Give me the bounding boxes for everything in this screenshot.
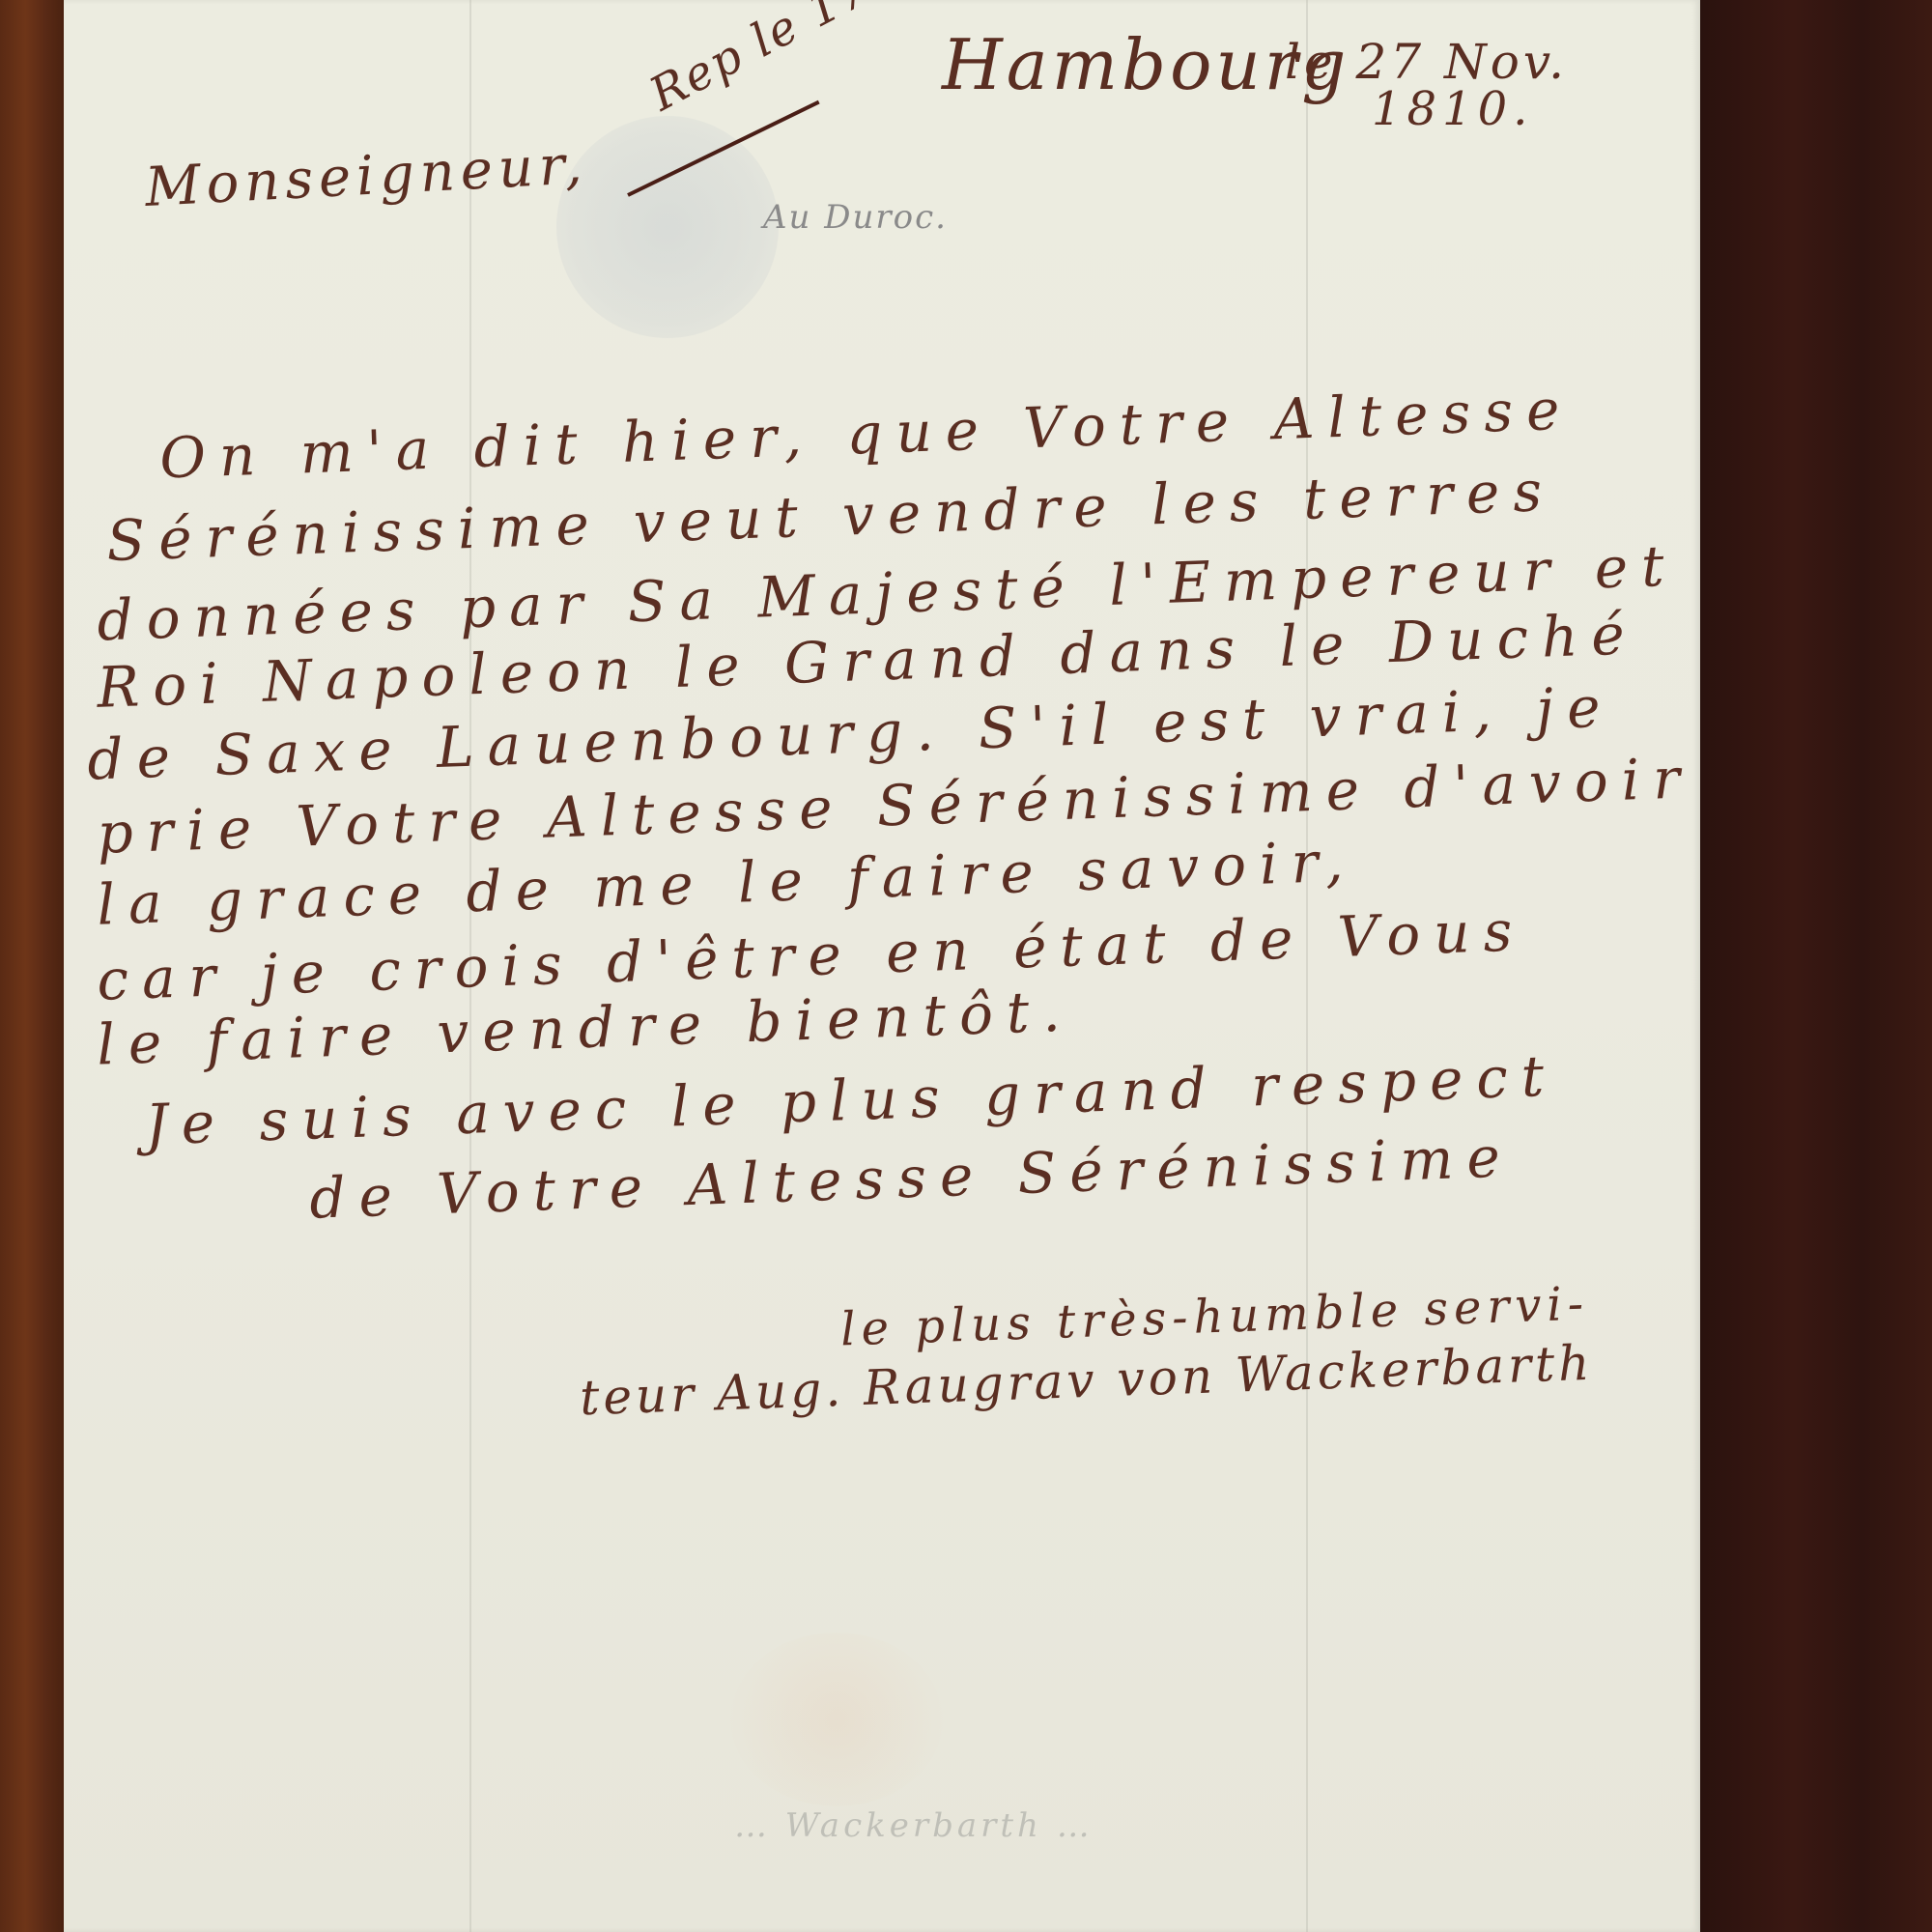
pencil-note: Au Duroc. bbox=[763, 198, 948, 237]
discoloration-stain bbox=[730, 1633, 943, 1806]
wood-surface-left bbox=[0, 0, 64, 1932]
water-stain bbox=[556, 116, 779, 338]
letter-year: 1810. bbox=[1372, 82, 1533, 136]
wood-surface-right bbox=[1700, 0, 1932, 1932]
faint-bleedthrough-text: … Wackerbarth … bbox=[734, 1806, 1094, 1845]
